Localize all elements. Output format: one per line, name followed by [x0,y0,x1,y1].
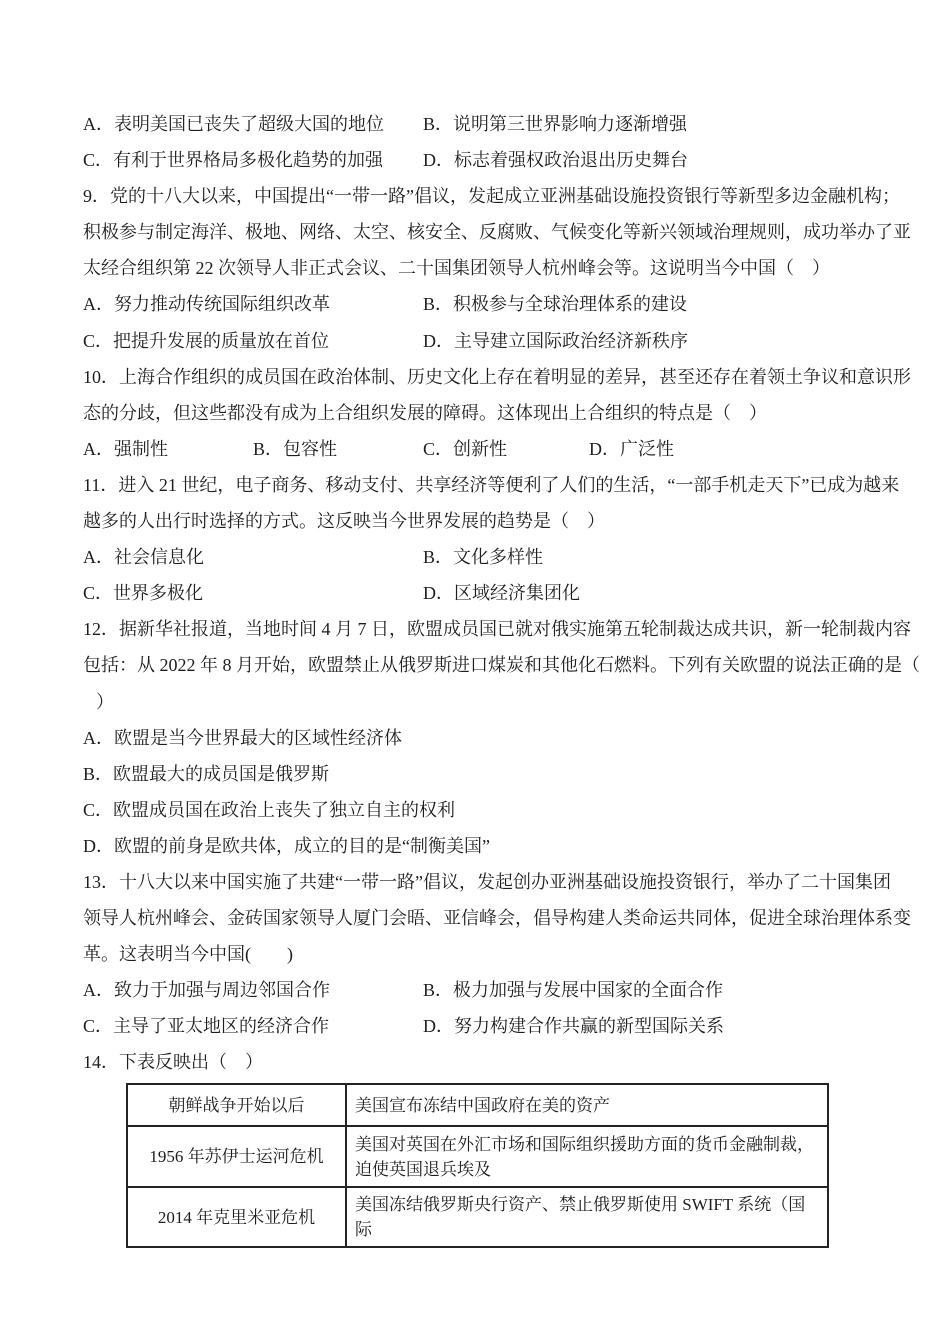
q12-stem-line-3: ） [83,684,913,720]
q13-stem-line-3: 革。这表明当今中国( ) [83,936,913,972]
q9-option-b: B．积极参与全球治理体系的建设 [423,294,687,314]
q9-stem-line-3: 太经合组织第 22 次领导人非正式会议、二十国集团领导人杭州峰会等。这说明当今中… [83,250,913,286]
table-cell-description: 美国冻结俄罗斯央行资产、禁止俄罗斯使用 SWIFT 系统（国际 [346,1187,828,1247]
q9-options-cd: C．把提升发展的质量放在首位D．主导建立国际政治经济新秩序 [83,323,913,359]
table-row-crimea-crisis: 2014 年克里米亚危机 美国冻结俄罗斯央行资产、禁止俄罗斯使用 SWIFT 系… [127,1187,828,1247]
q8-option-b: B．说明第三世界影响力逐渐增强 [423,114,687,134]
q11-option-b: B．文化多样性 [423,547,543,567]
q13-stem-line-1: 13．十八大以来中国实施了共建“一带一路”倡议，发起创办亚洲基础设施投资银行，举… [83,864,913,900]
q10-option-a: A．强制性 [83,431,253,467]
q13-option-a: A．致力于加强与周边邻国合作 [83,972,423,1008]
q9-option-c: C．把提升发展的质量放在首位 [83,323,423,359]
q10-option-c: C．创新性 [423,431,589,467]
table-cell-event: 1956 年苏伊士运河危机 [127,1126,346,1187]
table-row-suez-crisis: 1956 年苏伊士运河危机 美国对英国在外汇市场和国际组织援助方面的货币金融制裁… [127,1126,828,1187]
table-row-korean-war: 朝鲜战争开始以后 美国宣布冻结中国政府在美的资产 [127,1084,828,1126]
q12-option-a: A．欧盟是当今世界最大的区域性经济体 [83,720,913,756]
q11-stem-line-2: 越多的人出行时选择的方式。这反映当今世界发展的趋势是（ ） [83,503,913,539]
q9-options-ab: A．努力推动传统国际组织改革B．积极参与全球治理体系的建设 [83,286,913,322]
q10-option-b: B．包容性 [253,431,423,467]
q13-options-ab: A．致力于加强与周边邻国合作B．极力加强与发展中国家的全面合作 [83,972,913,1008]
q11-option-d: D．区域经济集团化 [423,583,580,603]
q9-stem-line-1: 9．党的十八大以来，中国提出“一带一路”倡议，发起成立亚洲基础设施投资银行等新型… [83,178,913,214]
q9-option-d: D．主导建立国际政治经济新秩序 [423,331,688,351]
q13-stem-line-2: 领导人杭州峰会、金砖国家领导人厦门会晤、亚信峰会，倡导构建人类命运共同体，促进全… [83,900,913,936]
q8-option-d: D．标志着强权政治退出历史舞台 [423,150,688,170]
q12-option-b: B．欧盟最大的成员国是俄罗斯 [83,756,913,792]
table-cell-event: 2014 年克里米亚危机 [127,1187,346,1247]
q12-option-d: D．欧盟的前身是欧共体，成立的目的是“制衡美国” [83,828,913,864]
q8-option-c: C．有利于世界格局多极化趋势的加强 [83,142,423,178]
q11-option-a: A．社会信息化 [83,539,423,575]
q13-option-b: B．极力加强与发展中国家的全面合作 [423,980,723,1000]
q11-options-ab: A．社会信息化B．文化多样性 [83,539,913,575]
q13-option-d: D．努力构建合作共赢的新型国际关系 [423,1016,724,1036]
q10-option-d: D．广泛性 [589,431,674,467]
q11-options-cd: C．世界多极化D．区域经济集团化 [83,575,913,611]
q8-options-cd: C．有利于世界格局多极化趋势的加强D．标志着强权政治退出历史舞台 [83,142,913,178]
q9-stem-line-2: 积极参与制定海洋、极地、网络、太空、核安全、反腐败、气候变化等新兴领域治理规则，… [83,214,913,250]
table-cell-description: 美国对英国在外汇市场和国际组织援助方面的货币金融制裁，迫使英国退兵埃及 [346,1126,828,1187]
q11-option-c: C．世界多极化 [83,575,423,611]
q14-table: 朝鲜战争开始以后 美国宣布冻结中国政府在美的资产 1956 年苏伊士运河危机 美… [126,1083,829,1248]
q13-options-cd: C．主导了亚太地区的经济合作D．努力构建合作共赢的新型国际关系 [83,1008,913,1044]
q13-option-c: C．主导了亚太地区的经济合作 [83,1008,423,1044]
q9-option-a: A．努力推动传统国际组织改革 [83,286,423,322]
exam-text-column: A．表明美国已丧失了超级大国的地位B．说明第三世界影响力逐渐增强 C．有利于世界… [83,106,913,1081]
q11-stem-line-1: 11．进入 21 世纪，电子商务、移动支付、共享经济等便利了人们的生活，“一部手… [83,467,913,503]
q10-options-row: A．强制性B．包容性C．创新性D．广泛性 [83,431,913,467]
q8-option-a: A．表明美国已丧失了超级大国的地位 [83,106,423,142]
q10-stem-line-1: 10．上海合作组织的成员国在政治体制、历史文化上存在着明显的差异，甚至还存在着领… [83,359,913,395]
q8-options-ab: A．表明美国已丧失了超级大国的地位B．说明第三世界影响力逐渐增强 [83,106,913,142]
q12-stem-line-2: 包括：从 2022 年 8 月开始，欧盟禁止从俄罗斯进口煤炭和其他化石燃料。下列… [83,647,913,683]
table-cell-description: 美国宣布冻结中国政府在美的资产 [346,1084,828,1126]
q14-stem-line-1: 14．下表反映出（ ） [83,1044,913,1080]
q12-option-c: C．欧盟成员国在政治上丧失了独立自主的权利 [83,792,913,828]
table-cell-event: 朝鲜战争开始以后 [127,1084,346,1126]
q10-stem-line-2: 态的分歧，但这些都没有成为上合组织发展的障碍。这体现出上合组织的特点是（ ） [83,395,913,431]
q12-stem-line-1: 12．据新华社报道，当地时间 4 月 7 日，欧盟成员国已就对俄实施第五轮制裁达… [83,611,913,647]
